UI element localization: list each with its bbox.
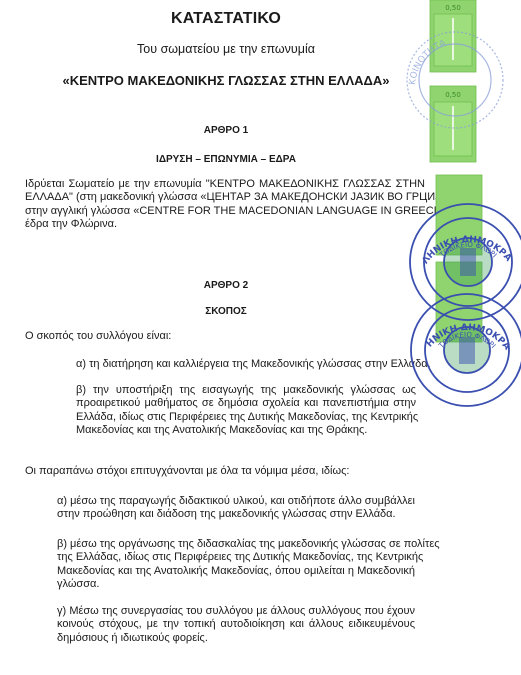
paragraph-line: προαιρετικού μαθήματος σε δημόσια σχολεί… [76, 397, 416, 410]
paragraph-line: γ) Μέσω της συνεργασίας του συλλόγου με … [57, 605, 415, 618]
stamp-value: 0,50 [445, 91, 461, 99]
paragraph-line: Ιδρύεται Σωματείο με την επωνυμία "ΚΕΝΤΡ… [25, 178, 425, 191]
paragraph-line: β) την υποστήριξη της εισαγωγής της μακε… [76, 384, 416, 397]
article-1-heading: ΑΡΘΡΟ 1 [0, 125, 452, 136]
paragraph-line: Ελλάδα, ιδίως στις Περιφέρειες της Δυτικ… [76, 411, 416, 424]
article-2-intro: Ο σκοπός του συλλόγου είναι: [25, 330, 171, 342]
revenue-stamp-2: 0,50 [430, 86, 476, 162]
paragraph-line: κοινούς στόχους, με την τοπική αυτοδιοίκ… [57, 618, 415, 631]
article-1-paragraph: Ιδρύεται Σωματείο με την επωνυμία "ΚΕΝΤΡ… [25, 178, 425, 231]
means-c: γ) Μέσω της συνεργασίας του συλλόγου με … [57, 605, 415, 645]
document-page: ΚΑΤΑΣΤΑΤΙΚΟ Του σωματείου με την επωνυμί… [0, 0, 521, 675]
goal-b: β) την υποστήριξη της εισαγωγής της μακε… [76, 384, 416, 437]
paragraph-line: της Ελλάδας, ιδίως στις Περιφέρειες της … [57, 551, 415, 564]
article-1-subheading: ΙΔΡΥΣΗ – ΕΠΩΝΥΜΙΑ – ΕΔΡΑ [0, 154, 452, 165]
goal-a: α) τη διατήρηση και καλλιέργεια της Μακε… [76, 358, 416, 371]
document-title: ΚΑΤΑΣΤΑΤΙΚΟ [0, 10, 452, 28]
paragraph-line: β) μέσω της οργάνωσης της διδασκαλίας τη… [57, 538, 415, 551]
paragraph-line: γλώσσα. [57, 578, 415, 591]
association-name: «ΚΕΝΤΡΟ ΜΑΚΕΔΟΝΙΚΗΣ ΓΛΩΣΣΑΣ ΣΤΗΝ ΕΛΛΑΔΑ» [0, 73, 452, 88]
means-a: α) μέσω της παραγωγής διδακτικού υλικού,… [57, 495, 415, 522]
paragraph-line: α) μέσω της παραγωγής διδακτικού υλικού,… [57, 495, 415, 508]
article-2-heading: ΑΡΘΡΟ 2 [0, 280, 452, 291]
means-intro: Οι παραπάνω στόχοι επιτυγχάνονται με όλα… [25, 465, 349, 477]
paragraph-line: στην αγγλική γλώσσα «CENTRE FOR THE MACE… [25, 205, 425, 218]
paragraph-line: Μακεδονίας και της Ανατολικής Μακεδονίας… [57, 565, 415, 578]
paragraph-line: ΕΛΛΑΔΑ" (στη μακεδονική γλώσσα «ЦЕНТАР З… [25, 191, 425, 204]
document-subtitle: Του σωματείου με την επωνυμία [0, 42, 452, 56]
paragraph-line: έδρα την Φλώρινα. [25, 218, 425, 231]
means-b: β) μέσω της οργάνωσης της διδασκαλίας τη… [57, 538, 415, 591]
paragraph-line: δημόσιους ή ιδιωτικούς φορείς. [57, 632, 415, 645]
paragraph-line: στην προώθηση και διάδοση της μακεδονική… [57, 508, 415, 521]
paragraph-line: Μακεδονίας και της Ανατολικής Μακεδονίας… [76, 424, 416, 437]
article-2-subheading: ΣΚΟΠΟΣ [0, 306, 452, 317]
paragraph-line: α) τη διατήρηση και καλλιέργεια της Μακε… [76, 358, 416, 371]
